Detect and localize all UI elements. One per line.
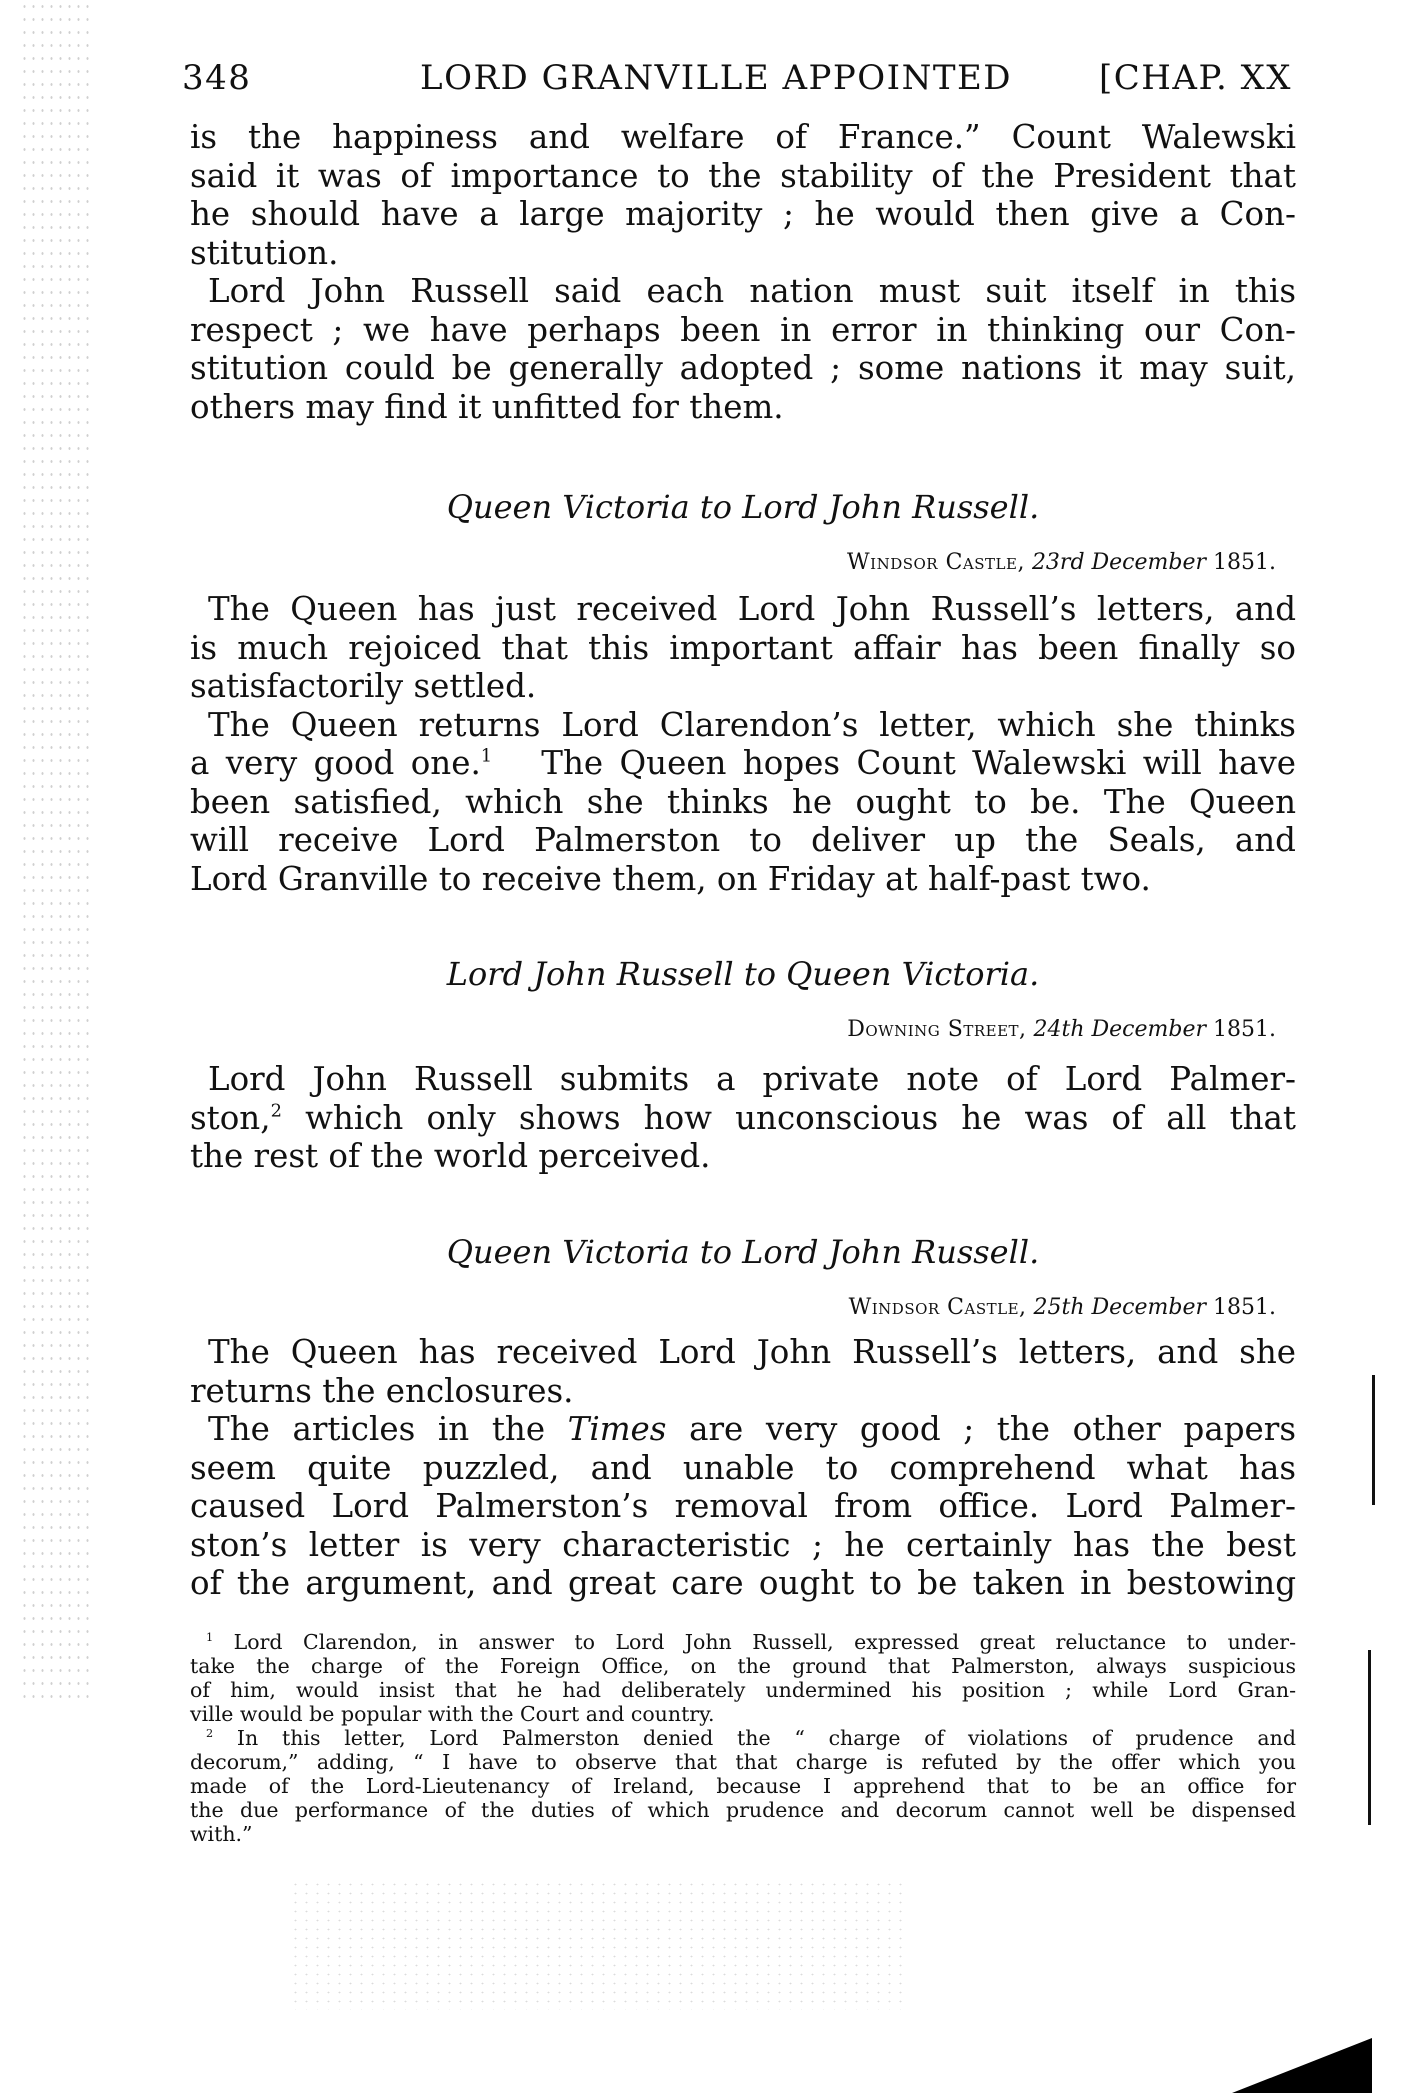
text-line: others may find it unfitted for them.	[190, 388, 1296, 427]
footnote-line: 1 Lord Clarendon, in answer to Lord John…	[190, 1630, 1296, 1654]
dateline-year: 1851.	[1213, 1295, 1276, 1320]
footnote-line: with.”	[190, 1822, 1296, 1846]
text-line: the rest of the world perceived.	[190, 1137, 1296, 1176]
text-line: is the happiness and welfare of France.”…	[190, 118, 1296, 157]
page-corner-shadow	[1232, 2038, 1372, 2093]
letter-heading: Queen Victoria to Lord John Russell.	[190, 488, 1296, 526]
letter-dateline: Windsor Castle, 23rd December 1851.	[847, 550, 1276, 575]
text-line: he should have a large majority ; he wou…	[190, 195, 1296, 234]
text-line: stitution.	[190, 234, 1296, 273]
footnotes: 1 Lord Clarendon, in answer to Lord John…	[190, 1630, 1296, 1846]
footnote-line: decorum,” adding, “ I have to observe th…	[190, 1750, 1296, 1774]
letter-heading: Lord John Russell to Queen Victoria.	[190, 955, 1296, 993]
text-line: The Queen returns Lord Clarendon’s lette…	[190, 706, 1296, 745]
footnote-ref[interactable]: 1	[481, 746, 492, 767]
text-line: said it was of importance to the stabili…	[190, 157, 1296, 196]
footnote-marker: 2	[206, 1727, 213, 1740]
letter-body: Lord John Russell submits a private note…	[190, 1060, 1296, 1176]
text-line: Lord Granville to receive them, on Frida…	[190, 860, 1296, 899]
text-fragment: ston,	[190, 1099, 271, 1137]
text-fragment: a very good one.	[190, 744, 481, 782]
footnote-marker: 1	[206, 1631, 213, 1644]
running-title: LORD GRANVILLE APPOINTED	[420, 58, 1012, 98]
running-head: 348 LORD GRANVILLE APPOINTED [CHAP. XX	[182, 58, 1292, 106]
dateline-place: Windsor Castle,	[847, 550, 1025, 575]
dateline-year: 1851.	[1213, 550, 1276, 575]
text-fragment: The articles in the	[208, 1410, 568, 1448]
scan-noise-left-margin	[20, 0, 90, 1700]
dateline-date: 25th December	[1034, 1295, 1206, 1320]
footnote-line: of him, would insist that he had deliber…	[190, 1678, 1296, 1702]
text-line: of the argument, and great care ought to…	[190, 1564, 1296, 1603]
letter-dateline: Windsor Castle, 25th December 1851.	[849, 1295, 1276, 1320]
footnote-1: 1 Lord Clarendon, in answer to Lord John…	[190, 1630, 1296, 1726]
text-line: satisfactorily settled.	[190, 667, 1296, 706]
text-fragment: The Queen hopes Count Walewski will have	[541, 744, 1296, 782]
letter-heading: Queen Victoria to Lord John Russell.	[190, 1233, 1296, 1271]
letter-body: The Queen has just received Lord John Ru…	[190, 590, 1296, 898]
footnote-line: take the charge of the Foreign Office, o…	[190, 1654, 1296, 1678]
newspaper-title: Times	[568, 1410, 667, 1448]
scan-noise-bottom	[290, 1880, 910, 2010]
footnote-ref[interactable]: 2	[271, 1100, 282, 1121]
footnote-line: made of the Lord-Lieutenancy of Ireland,…	[190, 1774, 1296, 1798]
text-line: caused Lord Palmerston’s removal from of…	[190, 1487, 1296, 1526]
text-fragment: Lord Clarendon, in answer to Lord John R…	[234, 1630, 1296, 1654]
text-fragment: are very good ; the other papers	[666, 1410, 1296, 1448]
text-line: respect ; we have perhaps been in error …	[190, 311, 1296, 350]
letter-body: The Queen has received Lord John Russell…	[190, 1333, 1296, 1603]
footnote-line: the due performance of the duties of whi…	[190, 1798, 1296, 1822]
footnote-2: 2 In this letter, Lord Palmerston denied…	[190, 1726, 1296, 1846]
book-page: 348 LORD GRANVILLE APPOINTED [CHAP. XX i…	[0, 0, 1408, 2093]
text-fragment: which only shows how unconscious he was …	[282, 1099, 1296, 1137]
page-number: 348	[182, 58, 251, 98]
text-line: will receive Lord Palmerston to deliver …	[190, 821, 1296, 860]
text-line: Lord John Russell said each nation must …	[190, 272, 1296, 311]
footnote-line: ville would be popular with the Court an…	[190, 1702, 1296, 1726]
text-line: The articles in the Times are very good …	[190, 1410, 1296, 1449]
dateline-year: 1851.	[1213, 1017, 1276, 1042]
page-edge-line-upper	[1372, 1375, 1375, 1505]
letter-dateline: Downing Street, 24th December 1851.	[847, 1017, 1276, 1042]
continuation-paragraph: is the happiness and welfare of France.”…	[190, 118, 1296, 426]
dateline-date: 23rd December	[1032, 550, 1206, 575]
footnote-line: 2 In this letter, Lord Palmerston denied…	[190, 1726, 1296, 1750]
text-line: been satisfied, which she thinks he ough…	[190, 783, 1296, 822]
chapter-label: [CHAP. XX	[1099, 58, 1292, 98]
text-line: Lord John Russell submits a private note…	[190, 1060, 1296, 1099]
text-line: ston,2 which only shows how unconscious …	[190, 1099, 1296, 1138]
page-edge-line-lower	[1368, 1650, 1371, 1825]
text-line: ston’s letter is very characteristic ; h…	[190, 1526, 1296, 1565]
text-line: returns the enclosures.	[190, 1372, 1296, 1411]
dateline-place: Downing Street,	[847, 1017, 1026, 1042]
text-line: stitution could be generally adopted ; s…	[190, 349, 1296, 388]
text-line: is much rejoiced that this important aff…	[190, 629, 1296, 668]
text-line: seem quite puzzled, and unable to compre…	[190, 1449, 1296, 1488]
text-line: The Queen has just received Lord John Ru…	[190, 590, 1296, 629]
text-line: The Queen has received Lord John Russell…	[190, 1333, 1296, 1372]
dateline-place: Windsor Castle,	[849, 1295, 1027, 1320]
dateline-date: 24th December	[1034, 1017, 1206, 1042]
text-line: a very good one.1 The Queen hopes Count …	[190, 744, 1296, 783]
text-fragment: In this letter, Lord Palmerston denied t…	[237, 1726, 1296, 1750]
